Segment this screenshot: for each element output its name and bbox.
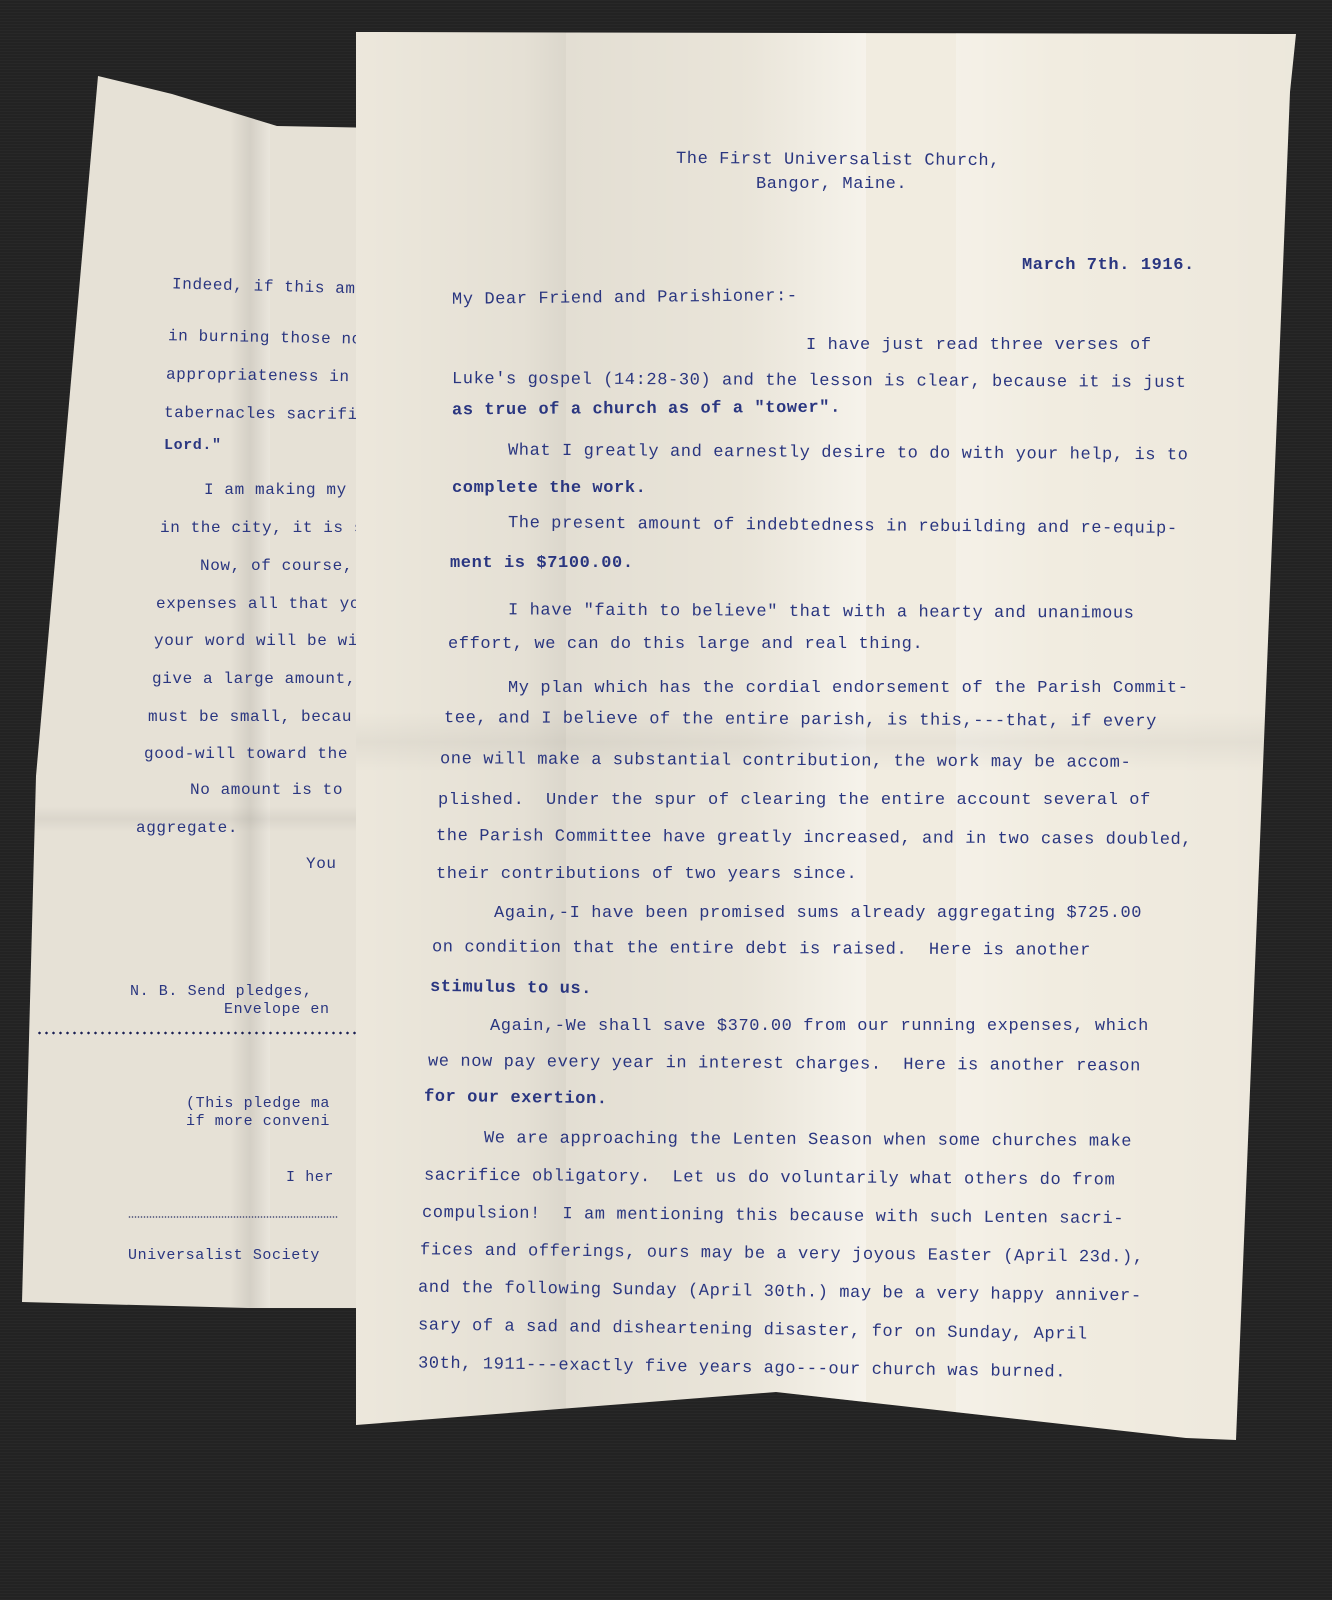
perforation-line	[36, 1031, 356, 1035]
letter-date: March 7th. 1916.	[1022, 257, 1195, 274]
letterhead-church: The First Universalist Church,	[676, 151, 1000, 170]
letter-line: Luke's gospel (14:28-30) and the lesson …	[452, 371, 1187, 392]
nb-note: Envelope en	[224, 1002, 330, 1017]
back-line: give a large amount,	[152, 671, 356, 687]
letter-line: My plan which has the cordial endorsemen…	[508, 680, 1189, 697]
letter-line: Again,-We shall save $370.00 from our ru…	[490, 1018, 1149, 1035]
letter-line: plished. Under the spur of clearing the …	[438, 792, 1151, 809]
letter-line: their contributions of two years since.	[436, 866, 857, 883]
letter-line: we now pay every year in interest charge…	[428, 1054, 1141, 1076]
back-line: tabernacles sacrific	[164, 405, 368, 423]
letter-line: the Parish Committee have greatly increa…	[436, 828, 1192, 849]
society-label: Universalist Society	[128, 1248, 320, 1263]
letter-line: stimulus to us.	[430, 979, 592, 998]
back-line: expenses all that yo	[156, 596, 360, 612]
back-line: Now, of course,	[200, 558, 353, 574]
back-line: good-will toward the	[144, 746, 348, 762]
pledge-statement: I her	[286, 1170, 334, 1185]
letter-line: complete the work.	[452, 480, 646, 497]
back-line: No amount is to	[190, 782, 343, 798]
back-line: appropriateness in t	[166, 367, 370, 386]
letter-line: tee, and I believe of the entire parish,…	[444, 710, 1157, 731]
back-line: You	[306, 856, 337, 872]
letter-line: I have just read three verses of	[806, 337, 1152, 354]
letter-line: on condition that the entire debt is rai…	[432, 939, 1091, 959]
letter-line: ment is $7100.00.	[450, 555, 634, 572]
letterhead-location: Bangor, Maine.	[756, 176, 907, 193]
letter-line: We are approaching the Lenten Season whe…	[484, 1130, 1132, 1150]
back-line: Lord."	[164, 438, 222, 453]
letter-line: for our exertion.	[424, 1089, 608, 1109]
salutation: My Dear Friend and Parishioner:-	[452, 288, 798, 309]
back-line: in the city, it is s	[160, 520, 364, 536]
signature-line	[128, 1216, 338, 1218]
back-line: must be small, becau	[148, 709, 352, 725]
back-line: aggregate.	[136, 820, 238, 836]
pledge-note: if more conveni	[186, 1114, 330, 1129]
nb-note: N. B. Send pledges,	[130, 984, 322, 999]
letter-line: as true of a church as of a "tower".	[452, 400, 841, 420]
letter-line: effort, we can do this large and real th…	[448, 636, 923, 653]
back-line: in burning those not	[168, 328, 372, 348]
letter-line: I have "faith to believe" that with a he…	[508, 602, 1135, 622]
back-line: your word will be wi	[154, 633, 358, 649]
letter-line: Again,-I have been promised sums already…	[494, 905, 1142, 922]
letter-line: sacrifice obligatory. Let us do voluntar…	[424, 1168, 1115, 1190]
letter-line: What I greatly and earnestly desire to d…	[508, 443, 1189, 465]
pledge-note: (This pledge ma	[186, 1096, 330, 1111]
letter-line: one will make a substantial contribution…	[440, 751, 1131, 772]
back-line: I am making my	[204, 482, 347, 498]
